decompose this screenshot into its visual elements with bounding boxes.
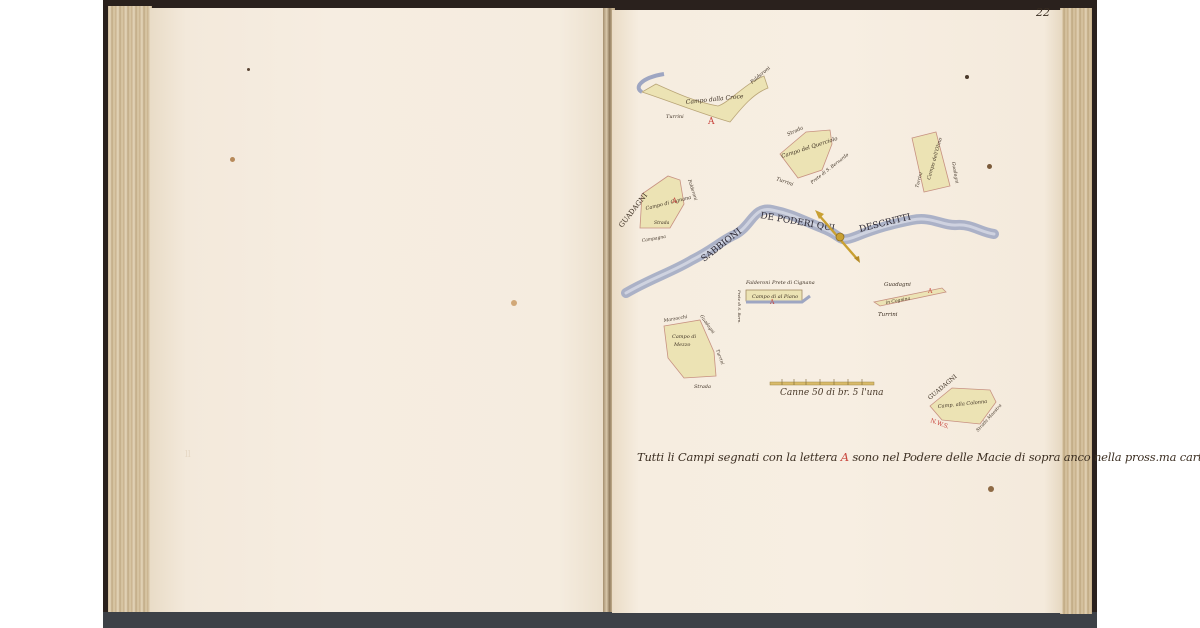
svg-text:Falderoni: Falderoni [745, 280, 770, 286]
svg-text:A: A [671, 197, 678, 205]
svg-text:Guadagni: Guadagni [884, 282, 911, 288]
svg-text:Campo di: Campo di [672, 334, 697, 340]
foxing-spot [511, 300, 517, 306]
svg-text:Campagna: Campagna [641, 234, 666, 244]
book-shadow-base [103, 612, 1097, 628]
svg-text:Campo di al Piano: Campo di al Piano [752, 294, 798, 300]
parcel-in-cognina [874, 288, 946, 306]
show-through-text: ll [185, 450, 191, 460]
svg-text:Turrini: Turrini [775, 176, 794, 188]
caption-letter: A [841, 450, 849, 464]
svg-text:Turrini: Turrini [714, 349, 725, 367]
svg-text:Strada: Strada [694, 384, 711, 390]
scale-bar-icon [770, 379, 874, 385]
svg-text:Prete di S. Bern.: Prete di S. Bern. [737, 289, 742, 324]
foxing-spot [988, 486, 994, 492]
map-caption: Tutti li Campi segnati con la lettera A … [637, 450, 1200, 464]
estate-map-drawing: SABBIONI DE PODERI QUI DESCRITTI Campo d… [612, 10, 1062, 450]
svg-text:A: A [769, 299, 775, 306]
svg-text:Mezzo: Mezzo [673, 342, 690, 348]
scale-bar-label: Canne 50 di br. 5 l'una [780, 388, 884, 398]
svg-text:Turrini: Turrini [878, 312, 898, 318]
left-page-edges [108, 6, 152, 612]
svg-text:Guadagni: Guadagni [950, 161, 960, 184]
foxing-spot [247, 68, 250, 71]
foxing-spot [230, 157, 235, 162]
left-page-blank [150, 8, 605, 612]
caption-text-after: sono nel Podere delle Macie di sopra anc… [849, 450, 1200, 464]
caption-text-before: Tutti li Campi segnati con la lettera [637, 450, 841, 464]
svg-text:Turrini: Turrini [666, 114, 684, 120]
svg-text:A: A [707, 117, 715, 127]
svg-text:Strada: Strada [654, 220, 670, 226]
svg-text:Prete di Cignana: Prete di Cignana [771, 280, 815, 286]
svg-text:SABBIONI: SABBIONI [700, 227, 745, 265]
svg-text:A: A [927, 288, 933, 295]
right-page-edges [1060, 8, 1092, 614]
